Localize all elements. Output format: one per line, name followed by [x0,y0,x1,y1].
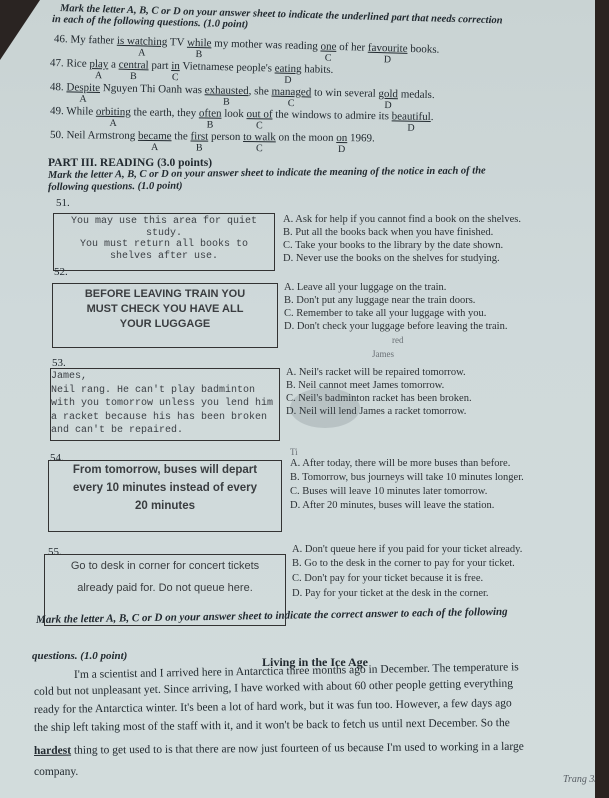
option-54-a: A. After today, there will be more buses… [290,458,510,469]
notice-line: every 10 minutes instead of every [49,479,281,497]
notice-line: BEFORE LEAVING TRAIN YOU [53,287,277,302]
option-53-a: A. Neil's racket will be repaired tomorr… [286,367,466,378]
notice-line: already paid for. Do not queue here. [45,577,285,599]
notice-line: James, [51,370,279,384]
notice-line: YOUR LUGGAGE [53,317,277,332]
notice-line: You may use this area for quiet [54,216,274,228]
exam-page: Mark the letter A, B, C or D on your ans… [0,0,595,798]
handwritten-note: Ti [290,446,298,458]
option-51-a: A. Ask for help if you cannot find a boo… [283,214,521,225]
notice-line: shelves after use. [54,251,274,263]
passage-line: ready for the Antarctica winter. It's be… [34,697,512,716]
reading-instruction-line2: following questions. (1.0 point) [48,181,183,194]
passage-line: the ship left taking most of the staff w… [34,717,510,734]
handwritten-note: red [392,334,404,346]
option-51-c: C. Take your books to the library by the… [283,240,503,251]
notice-line: 20 minutes [49,497,281,515]
passage-line: hardest thing to get used to is that the… [34,741,524,757]
option-55-d: D. Pay for your ticket at the desk in th… [292,588,489,599]
option-letter: D [383,49,391,71]
notice-line: with you tomorrow unless you lend him [51,397,279,411]
option-51-b: B. Put all the books back when you have … [283,227,493,238]
option-55-c: C. Don't pay for your ticket because it … [292,573,483,584]
notice-53: James, Neil rang. He can't play badminto… [50,368,280,441]
passage-line: cold but not unpleasant yet. Since arriv… [34,678,513,698]
option-letter: D [338,139,345,161]
option-letter: C [256,138,263,160]
notice-line: From tomorrow, buses will depart [49,461,281,479]
underlined-word: hardest [34,745,71,757]
option-55-b: B. Go to the desk in the corner to pay f… [292,558,515,569]
error-question-50: 50. Neil Armstrong becameA the firstB pe… [50,124,375,149]
notice-51: You may use this area for quiet study. Y… [53,213,275,271]
passage-instruction-line2: questions. (1.0 point) [32,650,127,662]
option-52-c: C. Remember to take all your luggage wit… [284,308,486,319]
passage-line-text: thing to get used to is that there are n… [74,741,524,757]
part-title: PART III. READING (3.0 points) [48,157,212,169]
question-number-52: 52. [54,266,68,278]
question-number-51: 51. [56,197,70,209]
page-corner-shadow [0,0,40,60]
option-54-b: B. Tomorrow, bus journeys will take 10 m… [290,472,524,483]
option-52-b: B. Don't put any luggage near the train … [284,295,475,306]
notice-line: Neil rang. He can't play badminton [51,384,279,398]
option-52-d: D. Don't check your luggage before leavi… [284,321,507,332]
option-51-d: D. Never use the books on the shelves fo… [283,253,500,264]
notice-line: MUST CHECK YOU HAVE ALL [53,302,277,317]
smudge [290,388,360,428]
notice-line: study. [54,228,274,240]
notice-52: BEFORE LEAVING TRAIN YOU MUST CHECK YOU … [52,283,278,348]
background-edge [595,0,609,798]
option-54-c: C. Buses will leave 10 minutes later tom… [290,486,487,497]
option-52-a: A. Leave all your luggage on the train. [284,282,446,293]
handwritten-note: James [372,348,394,360]
passage-line: company. [34,766,78,778]
notice-line: Go to desk in corner for concert tickets [45,555,285,577]
option-54-d: D. After 20 minutes, buses will leave th… [290,500,494,511]
option-letter: D [407,118,415,140]
notice-54: From tomorrow, buses will depart every 1… [48,460,282,532]
option-letter: A [151,137,158,159]
notice-line: and can't be repaired. [51,424,279,438]
option-55-a: A. Don't queue here if you paid for your… [292,544,522,555]
notice-line: a racket because his has been broken [51,411,279,425]
notice-line: You must return all books to [54,239,274,251]
